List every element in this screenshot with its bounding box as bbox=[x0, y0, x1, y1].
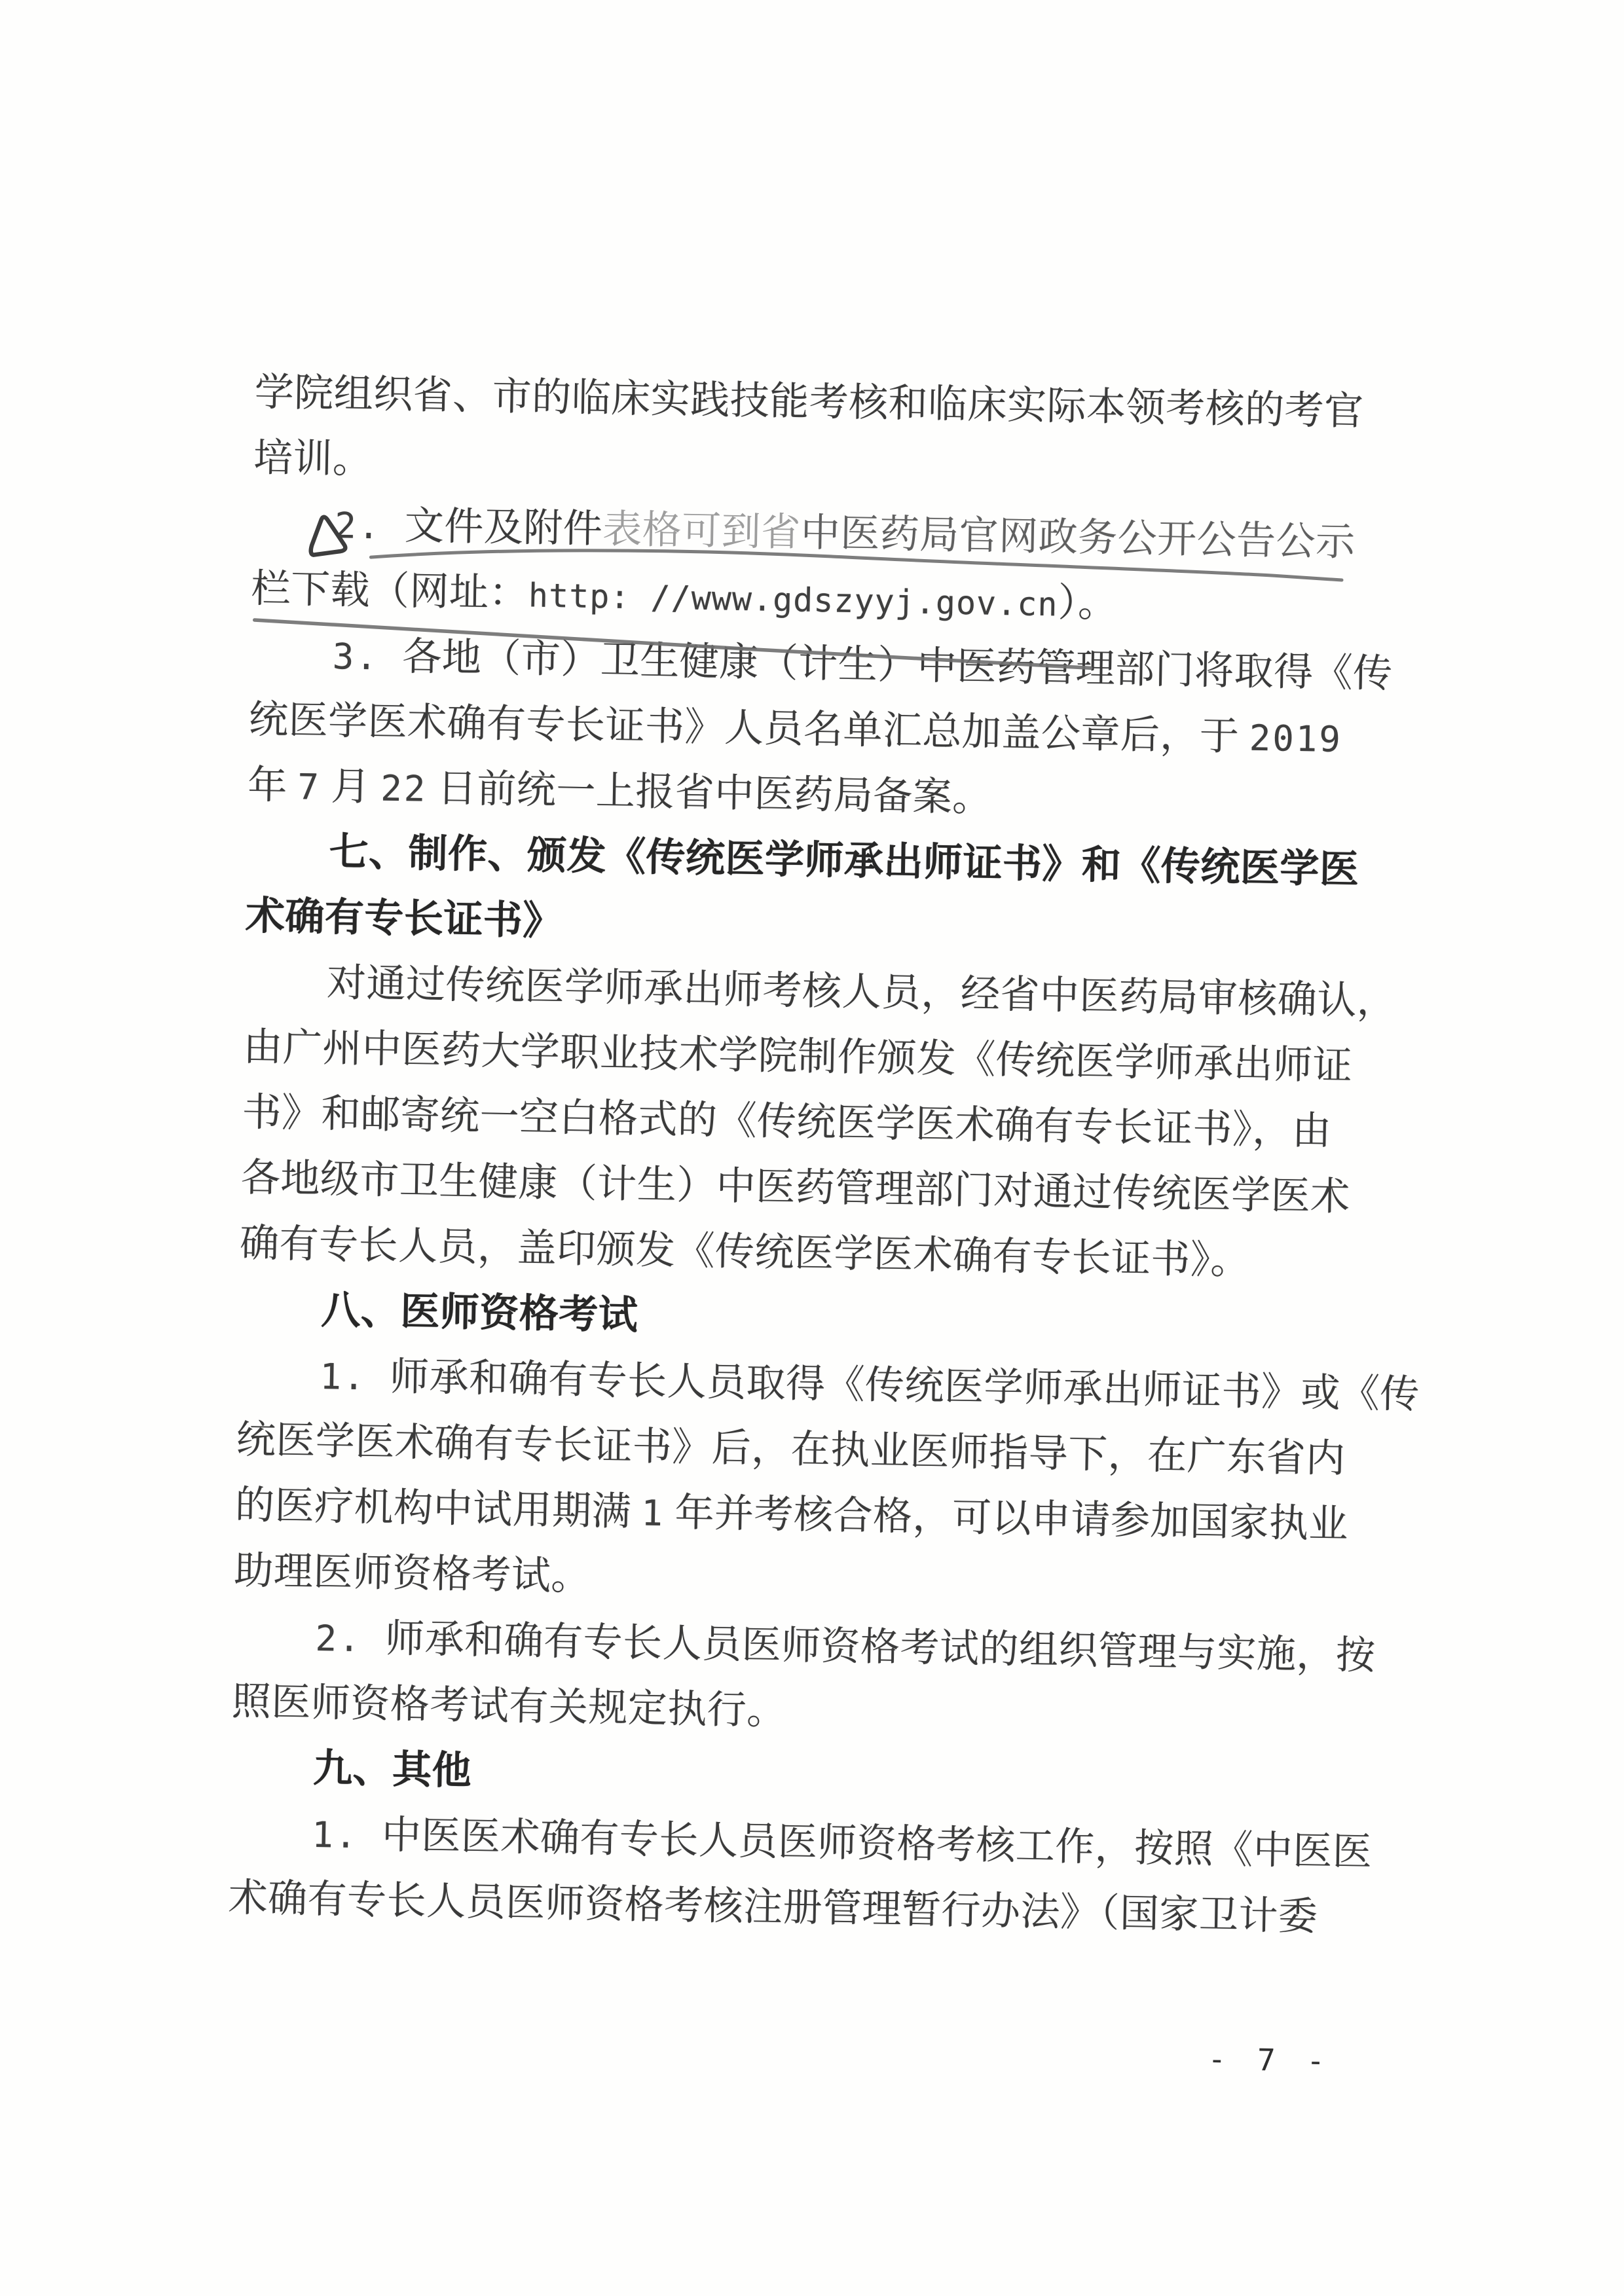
text-segment: 九、其他 bbox=[313, 1746, 472, 1793]
document-text-block: 学院组织省、市的临床实践技能考核和临床实际本领考核的考官培训。2. 文件及附件表… bbox=[224, 347, 1369, 2179]
text-segment: 日前统一上报省中医药局备案。 bbox=[427, 767, 993, 820]
text-segment: 统医学医术确有专长证书》人员名单汇总加盖公章后，于 bbox=[248, 698, 1249, 759]
text-segment: 22 bbox=[380, 767, 428, 809]
text-segment: 3. bbox=[332, 636, 403, 678]
text-segment: 各地级市卫生健康（计生）中医药管理部门对通过传统医学医术 bbox=[240, 1156, 1350, 1219]
text-segment: 各地（市）卫生健康（计生）中医药管理部门将取得《传 bbox=[402, 635, 1393, 695]
text-segment: 确有专长人员，盖印颁发《传统医学医术确有专长证书》。 bbox=[240, 1222, 1251, 1283]
text-segment: 2. bbox=[315, 1618, 386, 1660]
text-segment: 2019 bbox=[1249, 718, 1342, 760]
text-segment: 年并考核合格，可以申请参加国家执业 bbox=[664, 1491, 1348, 1546]
text-segment: 照医师资格考试有关规定执行。 bbox=[231, 1680, 786, 1733]
text-segment: 七、制作、颁发《传统医学师承出师证书》和《传统医学医 bbox=[329, 829, 1359, 891]
paragraph-lines: 学院组织省、市的临床实践技能考核和临床实际本领考核的考官培训。2. 文件及附件表… bbox=[228, 360, 1369, 1950]
text-segment: 对通过传统医学师承出师考核人员，经省中医药局审核确认， bbox=[326, 961, 1396, 1023]
text-segment: 1. bbox=[312, 1814, 382, 1857]
text-segment: 7 bbox=[297, 766, 322, 808]
text-segment: 中医医术确有专长人员医师资格考核工作，按照《中医医 bbox=[381, 1813, 1372, 1874]
text-segment: 1 bbox=[641, 1493, 665, 1535]
text-segment: 助理医师资格考试。 bbox=[234, 1549, 591, 1598]
text-segment: 栏下载（网址： bbox=[251, 567, 529, 615]
text-segment: 1. bbox=[320, 1356, 390, 1398]
text-segment: 文件及附件 bbox=[404, 504, 603, 551]
text-segment: 师承和确有专长人员医师资格考试的组织管理与实施，按 bbox=[385, 1617, 1376, 1677]
text-segment: 月 bbox=[320, 765, 381, 809]
text-segment: 统医学医术确有专长证书》后，在执业医师指导下，在广东省内 bbox=[236, 1418, 1346, 1481]
scanned-document-page: { "page": { "background": "#fefefd", "nu… bbox=[0, 0, 1624, 2296]
text-segment: 的医疗机构中试用期满 bbox=[235, 1484, 642, 1534]
text-segment: 书》和邮寄统一空白格式的《传统医学医术确有专长证书》，由 bbox=[242, 1091, 1332, 1153]
text-segment: 师承和确有专长人员取得《传统医学师承出师证书》或《传 bbox=[390, 1355, 1420, 1416]
page-number: - 7 - bbox=[1208, 2041, 1331, 2079]
text-segment: 术确有专长证书》 bbox=[245, 894, 563, 943]
text-segment: 表格可到省 bbox=[602, 507, 802, 554]
text-segment: 中医药局官网政务公开公告公示 bbox=[800, 511, 1356, 564]
text-segment: 2. bbox=[335, 505, 405, 547]
paper-sheet: 学院组织省、市的临床实践技能考核和临床实际本领考核的考官培训。2. 文件及附件表… bbox=[0, 0, 1624, 2296]
text-segment: 由广州中医药大学职业技术学院制作颁发《传统医学师承出师证 bbox=[243, 1025, 1353, 1088]
text-segment: 年 bbox=[248, 763, 298, 807]
text-segment: 八、医师资格考试 bbox=[321, 1288, 638, 1337]
text-segment: 术确有专长人员医师资格考核注册管理暂行办法》（国家卫计委 bbox=[228, 1876, 1318, 1939]
text-segment: ）。 bbox=[1058, 581, 1118, 625]
text-segment: 学院组织省、市的临床实践技能考核和临床实际本领考核的考官 bbox=[254, 371, 1364, 433]
text-segment: 培训。 bbox=[253, 436, 373, 481]
text-segment: http: //www.gdszyyj.gov.cn bbox=[528, 576, 1058, 623]
